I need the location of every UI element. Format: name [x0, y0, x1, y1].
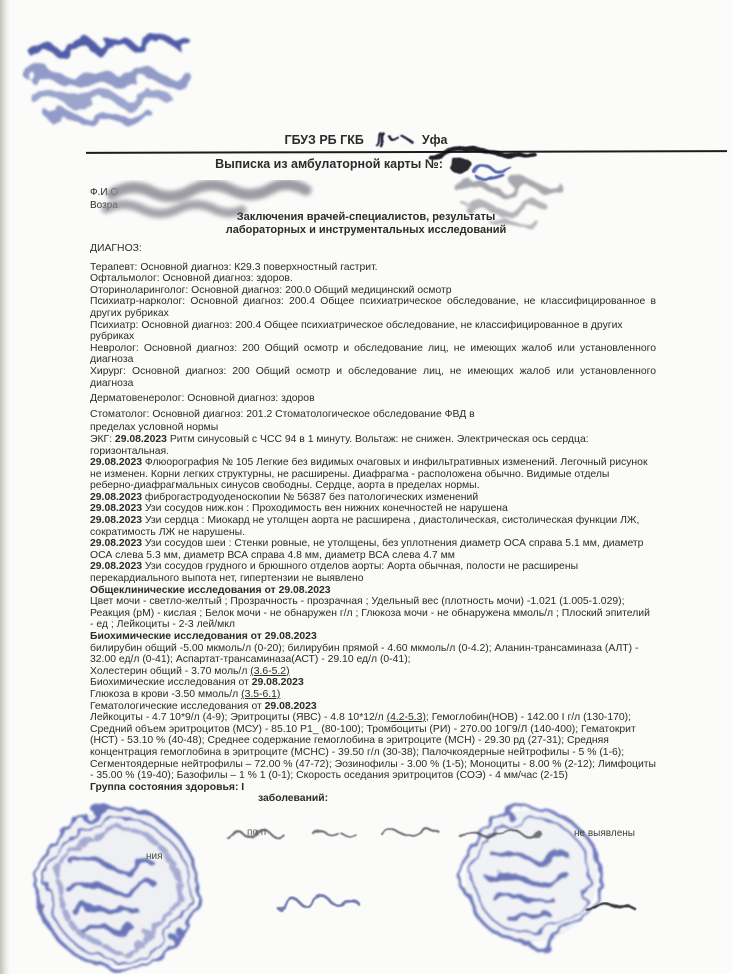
- handwriting-squiggle-middle: [272, 882, 367, 924]
- line-urine: Цвет мочи - светло-желтый ; Прозрачность…: [90, 596, 656, 631]
- line-otolaryngologist: Оториноларинголог: Основной диагноз: 200…: [90, 285, 656, 297]
- line-psychiatrist: Психиатр: Основной диагноз: 200.4 Общее …: [90, 320, 656, 343]
- stamp-round-left: [22, 798, 217, 974]
- line-surgeon: Хирург: Основной диагноз: 200 Общий осмо…: [90, 366, 656, 389]
- clinic-name: ГБУЗ РБ ГКБ: [284, 133, 363, 147]
- line-dentist-cont: пределах условной нормы: [90, 422, 656, 434]
- line-us-neck: 29.08.2023 Узи сосудов шеи : Стенки ровн…: [90, 538, 656, 561]
- line-us-heart: 29.08.2023 Узи сердца : Миокард не утолщ…: [90, 515, 656, 538]
- header-biochem: Биохимические исследования от 29.08.2023: [90, 631, 656, 643]
- pen-mark-right: [583, 892, 639, 920]
- line-hematology: Лейкоциты - 4.7 10*9/л (4-9); Эритроциты…: [90, 712, 656, 782]
- header-rule: [86, 150, 727, 154]
- diagnosis-heading: ДИАГНОЗ:: [90, 243, 656, 255]
- heading-line-2: лабораторных и инструментальных исследов…: [0, 224, 732, 237]
- fragment-niya: ния: [146, 851, 163, 862]
- scanned-medical-extract: ГБУЗ РБ ГКБ Уфа Выписка из амбулаторной …: [0, 0, 732, 974]
- section-heading: Заключения врачей-специалистов, результа…: [0, 211, 732, 237]
- line-neurologist: Невролог: Основной диагноз: 200 Общий ос…: [90, 343, 656, 366]
- line-ecg: ЭКГ: 29.08.2023 Ритм синусовый с ЧСС 94 …: [90, 434, 656, 457]
- heading-line-1: Заключения врачей-специалистов, результа…: [0, 211, 732, 224]
- line-us-aorta: 29.08.2023 Узи сосудов грудного и брюшно…: [90, 561, 656, 584]
- fragment-not-detected: не выявлены: [574, 828, 635, 839]
- line-health-group: Группа состояния здоровья: I: [90, 782, 656, 794]
- doc-title: Выписка из амбулаторной карты №:: [215, 157, 443, 171]
- line-us-legs: 29.08.2023 Узи сосудов ниж.кон : Проходи…: [90, 503, 656, 515]
- header-clinical: Общеклинические исследования от 29.08.20…: [90, 585, 656, 597]
- line-glucose: Глюкоза в крови -3.50 ммоль/л (3.5-6.1): [90, 689, 656, 701]
- line-dermatovenerologist: Дерматовенеролог: Основной диагноз: здор…: [90, 393, 656, 405]
- line-fluorography: 29.08.2023 Флюорография № 105 Легкие без…: [90, 457, 656, 492]
- stamp-top-left: [22, 32, 237, 134]
- clinic-header: ГБУЗ РБ ГКБ Уфа: [0, 131, 732, 149]
- line-dentist: Стоматолог: Основной диагноз: 201.2 Стом…: [90, 409, 656, 421]
- line-cholesterol: Холестерин общий - 3.70 моль/л (3.6-5.2): [90, 666, 656, 678]
- line-bilirubin: билирубин общий -5.00 мкмоль/л (0-20); б…: [90, 643, 656, 666]
- report-body: ДИАГНОЗ:Терапевт: Основной диагноз: К29.…: [90, 243, 656, 805]
- handwriting-squiggle-row: [222, 820, 572, 854]
- header-biochem-2: Биохимические исследования от 29.08.2023: [90, 677, 656, 689]
- line-fgds: 29.08.2023 фиброгастродуоденоскопии № 56…: [90, 492, 656, 504]
- line-psychiatrist-narcologist: Психиатр-нарколог: Основной диагноз: 200…: [90, 296, 656, 319]
- header-hematology: Гематологические исследования от 29.08.2…: [90, 701, 656, 713]
- fragment-left: по п: [247, 827, 266, 838]
- line-ophthalmologist: Офтальмолог: Основной диагноз: здоров.: [90, 273, 656, 285]
- line-therapist: Терапевт: Основной диагноз: К29.3 поверх…: [90, 262, 656, 274]
- redaction-scribble-clinic-number: [370, 131, 416, 149]
